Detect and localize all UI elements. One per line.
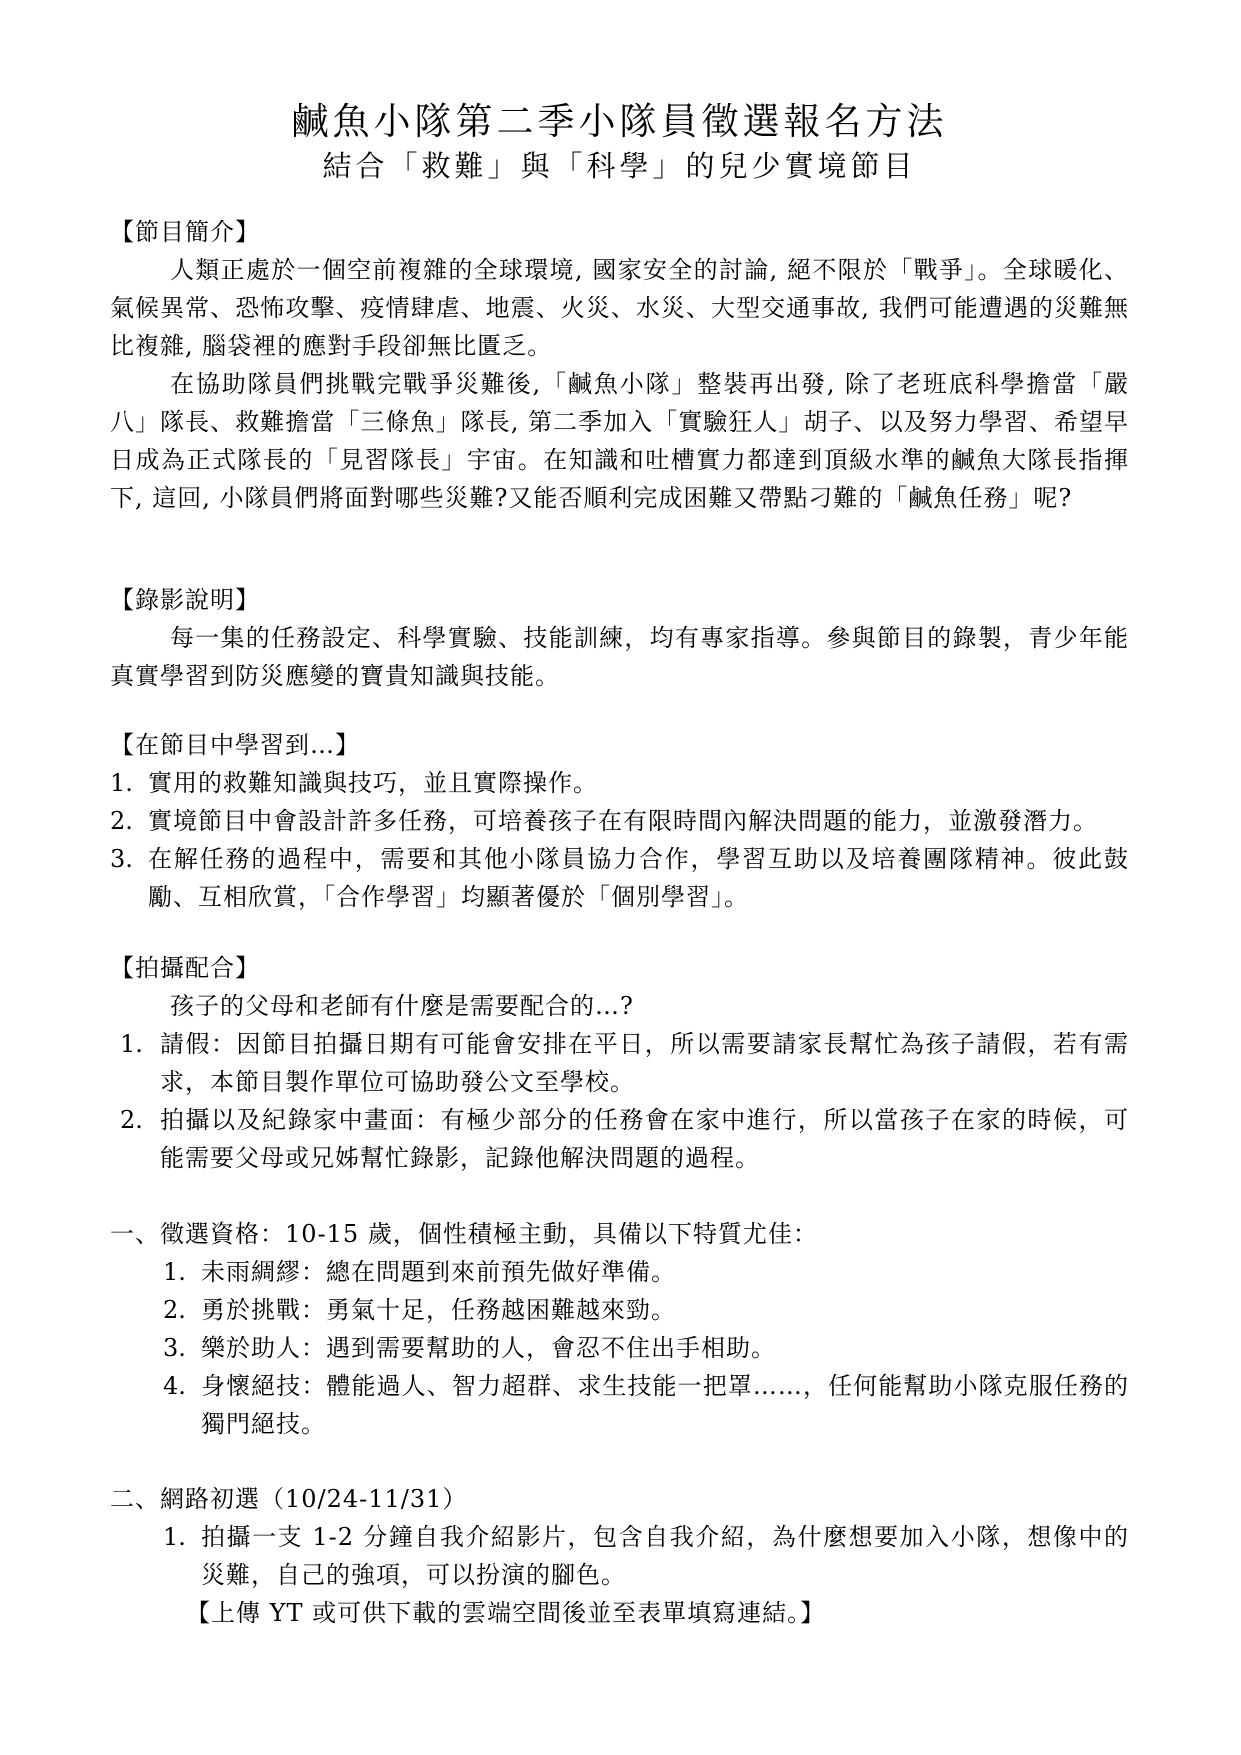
section-recording-notes: 【錄影說明】 每一集的任務設定、科學實驗、技能訓練，均有專家指導。參與節目的錄製… [110,581,1129,695]
list-item-text: 勇於挑戰：勇氣十足，任務越困難越來勁。 [201,1291,1129,1329]
list-item: 3. 在解任務的過程中，需要和其他小隊員協力合作，學習互助以及培養團隊精神。彼此… [110,840,1129,916]
list-item-text: 實境節目中會設計許多任務，可培養孩子在有限時間內解決問題的能力，並激發潛力。 [148,802,1129,840]
list-item-number: 4. [163,1367,201,1443]
list-item: 3. 樂於助人：遇到需要幫助的人，會忍不住出手相助。 [163,1329,1129,1367]
list-item-text: 請假：因節目拍攝日期有可能會安排在平日，所以需要請家長幫忙為孩子請假，若有需求，… [160,1025,1129,1101]
list-item: 1. 請假：因節目拍攝日期有可能會安排在平日，所以需要請家長幫忙為孩子請假，若有… [120,1025,1129,1101]
recording-notes-paragraph: 每一集的任務設定、科學實驗、技能訓練，均有專家指導。參與節目的錄製，青少年能真實… [110,619,1129,695]
list-item-text: 身懷絕技：體能過人、智力超群、求生技能一把罩……，任何能幫助小隊克服任務的獨門絕… [201,1367,1129,1443]
list-item: 2. 勇於挑戰：勇氣十足，任務越困難越來勁。 [163,1291,1129,1329]
list-item-number: 1. [120,1025,160,1101]
selection-qualification-heading: 一、徵選資格：10-15 歲，個性積極主動，具備以下特質尤佳： [110,1215,1129,1253]
list-item-number: 2. [163,1291,201,1329]
list-item: 2. 拍攝以及紀錄家中畫面：有極少部分的任務會在家中進行，所以當孩子在家的時候，… [120,1101,1129,1177]
section-filming-cooperation: 【拍攝配合】 孩子的父母和老師有什麼是需要配合的…? 1. 請假：因節目拍攝日期… [110,949,1129,1177]
filming-cooperation-heading: 【拍攝配合】 [110,949,1129,987]
filming-cooperation-list: 1. 請假：因節目拍攝日期有可能會安排在平日，所以需要請家長幫忙為孩子請假，若有… [120,1025,1129,1177]
list-item: 2. 實境節目中會設計許多任務，可培養孩子在有限時間內解決問題的能力，並激發潛力… [110,802,1129,840]
section-program-intro: 【節目簡介】 人類正處於一個空前複雜的全球環境, 國家安全的討論, 絕不限於「戰… [110,213,1129,517]
section-selection-qualification: 一、徵選資格：10-15 歲，個性積極主動，具備以下特質尤佳： 1. 未雨綢繆：… [110,1215,1129,1443]
list-item-text: 拍攝一支 1-2 分鐘自我介紹影片，包含自我介紹，為什麼想要加入小隊，想像中的災… [201,1518,1129,1594]
section-online-preselection: 二、網路初選（10/24-11/31） 1. 拍攝一支 1-2 分鐘自我介紹影片… [110,1480,1129,1632]
online-preselection-heading: 二、網路初選（10/24-11/31） [110,1480,1129,1518]
list-item-text: 樂於助人：遇到需要幫助的人，會忍不住出手相助。 [201,1329,1129,1367]
page-title: 鹹魚小隊第二季小隊員徵選報名方法 [110,98,1129,146]
learning-outcomes-list: 1. 實用的救難知識與技巧，並且實際操作。 2. 實境節目中會設計許多任務，可培… [110,764,1129,916]
selection-qualification-list: 1. 未雨綢繆：總在問題到來前預先做好準備。 2. 勇於挑戰：勇氣十足，任務越困… [163,1253,1129,1443]
list-item-number: 3. [110,840,148,916]
list-item-text: 未雨綢繆：總在問題到來前預先做好準備。 [201,1253,1129,1291]
list-item-number: 1. [163,1253,201,1291]
list-item: 1. 未雨綢繆：總在問題到來前預先做好準備。 [163,1253,1129,1291]
list-item-number: 1. [163,1518,201,1594]
upload-instruction-note: 【上傳 YT 或可供下載的雲端空間後並至表單填寫連結。】 [186,1594,1129,1632]
list-item-text: 在解任務的過程中，需要和其他小隊員協力合作，學習互助以及培養團隊精神。彼此鼓勵、… [148,840,1129,916]
list-item-number: 2. [120,1101,160,1177]
learning-outcomes-heading: 【在節目中學習到…】 [110,726,1129,764]
page-subtitle: 結合「救難」與「科學」的兒少實境節目 [110,146,1129,186]
online-preselection-list: 1. 拍攝一支 1-2 分鐘自我介紹影片，包含自我介紹，為什麼想要加入小隊，想像… [163,1518,1129,1594]
list-item: 4. 身懷絕技：體能過人、智力超群、求生技能一把罩……，任何能幫助小隊克服任務的… [163,1367,1129,1443]
program-intro-paragraph-1: 人類正處於一個空前複雜的全球環境, 國家安全的討論, 絕不限於「戰爭」。全球暖化… [110,251,1129,365]
list-item: 1. 實用的救難知識與技巧，並且實際操作。 [110,764,1129,802]
list-item-text: 實用的救難知識與技巧，並且實際操作。 [148,764,1129,802]
list-item-number: 3. [163,1329,201,1367]
filming-cooperation-intro: 孩子的父母和老師有什麼是需要配合的…? [110,987,1129,1025]
list-item-number: 2. [110,802,148,840]
section-learning-outcomes: 【在節目中學習到…】 1. 實用的救難知識與技巧，並且實際操作。 2. 實境節目… [110,726,1129,916]
list-item-number: 1. [110,764,148,802]
list-item-text: 拍攝以及紀錄家中畫面：有極少部分的任務會在家中進行，所以當孩子在家的時候，可能需… [160,1101,1129,1177]
document-page: 鹹魚小隊第二季小隊員徵選報名方法 結合「救難」與「科學」的兒少實境節目 【節目簡… [0,0,1241,1755]
recording-notes-heading: 【錄影說明】 [110,581,1129,619]
list-item: 1. 拍攝一支 1-2 分鐘自我介紹影片，包含自我介紹，為什麼想要加入小隊，想像… [163,1518,1129,1594]
program-intro-heading: 【節目簡介】 [110,213,1129,251]
program-intro-paragraph-2: 在協助隊員們挑戰完戰爭災難後,「鹹魚小隊」整裝再出發, 除了老班底科學擔當「嚴八… [110,365,1129,517]
